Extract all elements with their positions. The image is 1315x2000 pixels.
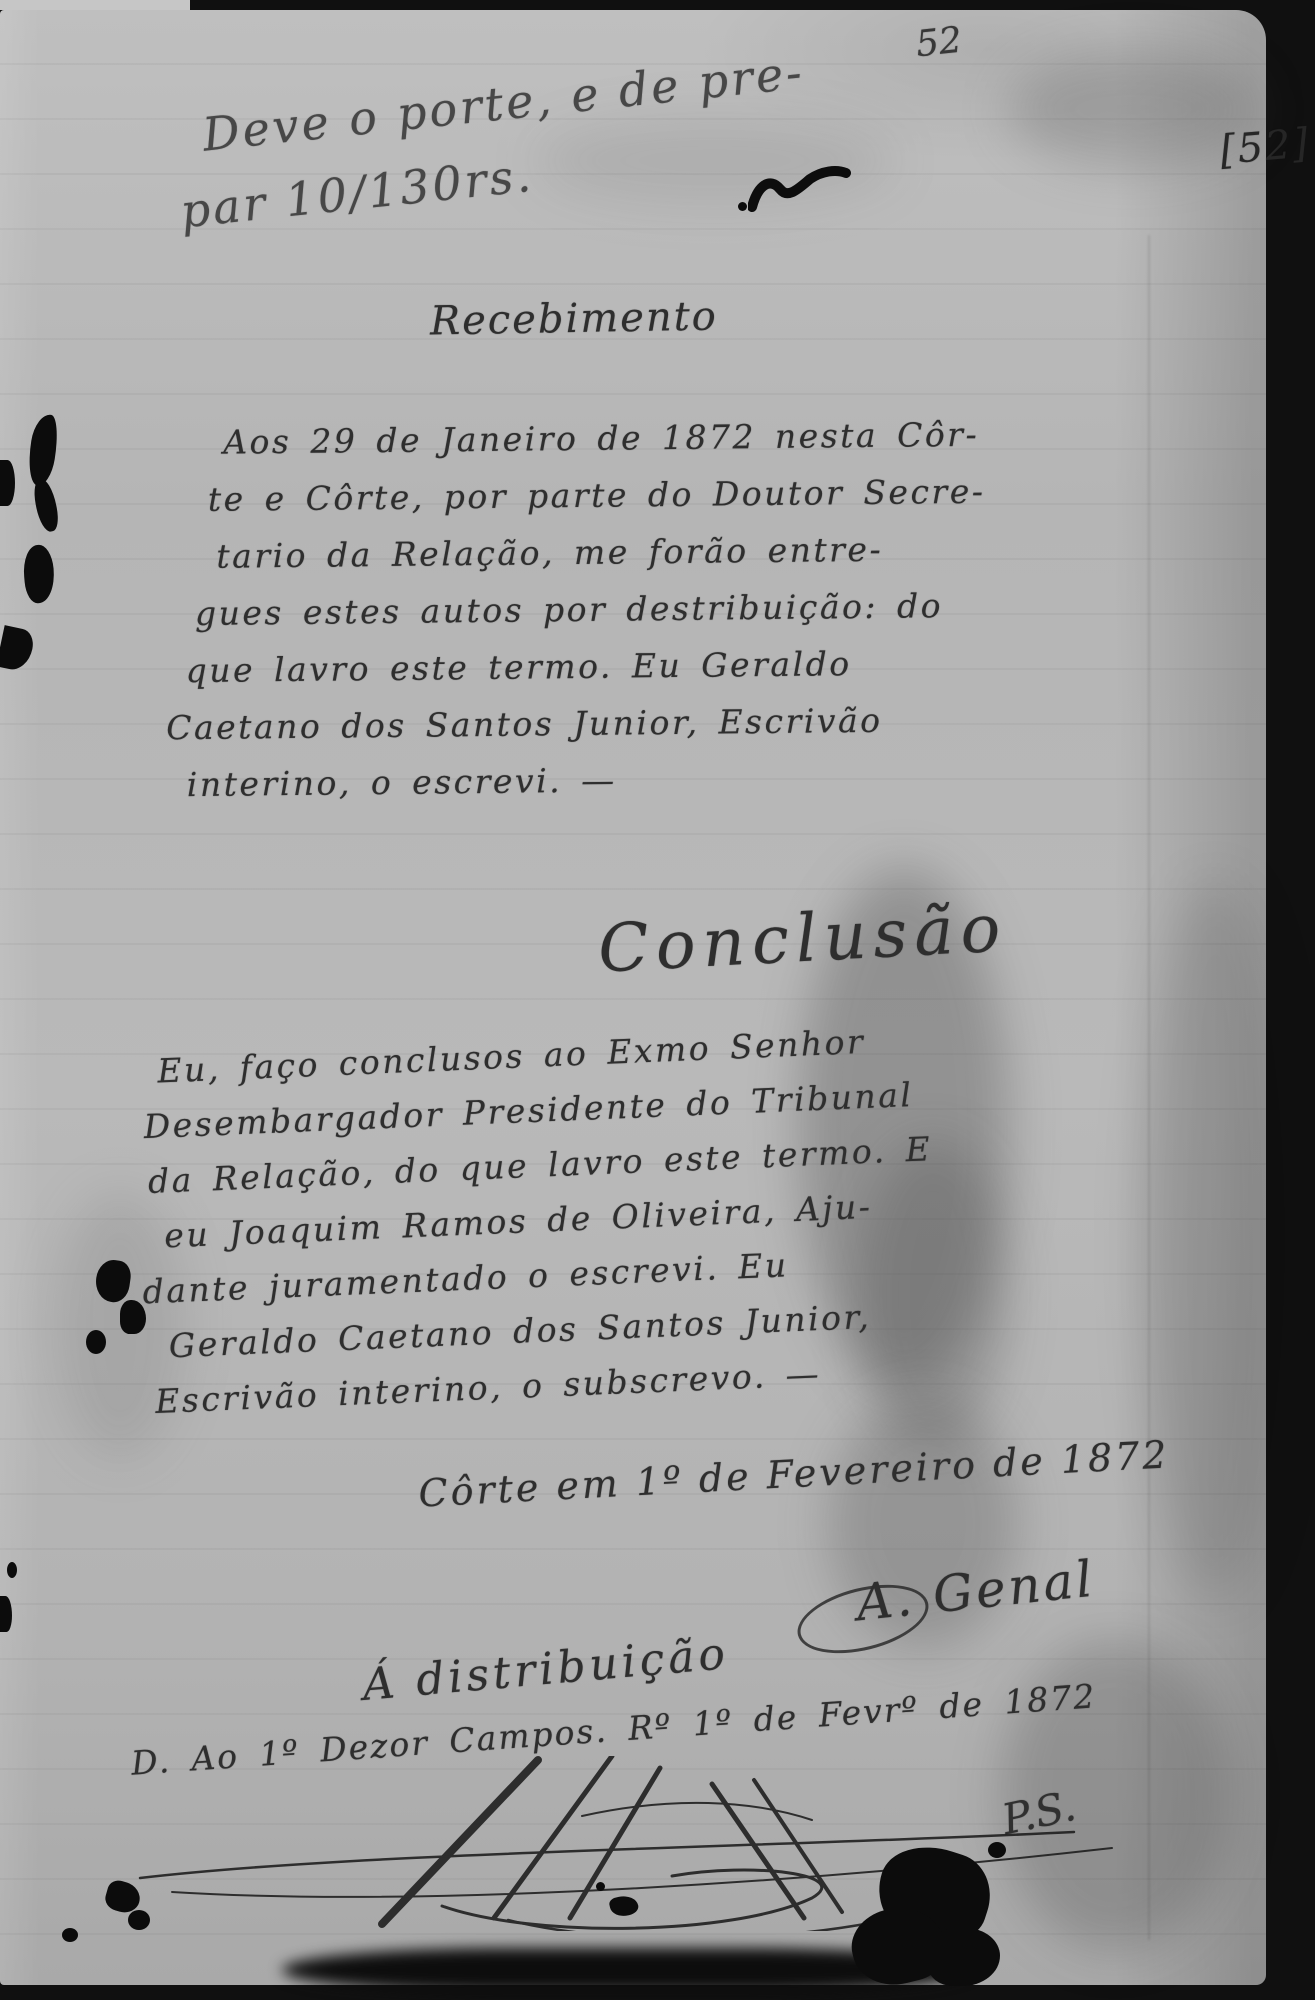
paper-crease	[1148, 235, 1150, 1940]
ink-blot	[62, 1928, 78, 1942]
manuscript-line: interino, o escrevi. —	[187, 748, 989, 813]
ink-blot	[0, 1596, 12, 1632]
ink-blot	[120, 1300, 146, 1334]
ink-blot	[0, 460, 15, 506]
ink-check-mark	[748, 163, 852, 221]
ink-blot	[86, 1330, 106, 1354]
water-stain	[1140, 880, 1290, 1600]
scan-edge-light	[0, 0, 190, 10]
scanned-manuscript-page: Deve o porte, e de pre- par 10/130rs. 52…	[0, 0, 1315, 2000]
ink-blot	[128, 1910, 150, 1930]
ink-blot	[7, 1562, 17, 1578]
term-heading-recebimento: Recebimento	[430, 293, 719, 344]
manuscript-line: que lavro este termo. Eu Geraldo	[185, 634, 987, 699]
bracket-page-number: [52]	[1218, 120, 1312, 174]
manuscript-line: tario da Relação, me forão entre-	[216, 520, 986, 585]
manuscript-line: te e Côrte, por parte do Doutor Secre-	[208, 463, 986, 528]
page-number: 52	[914, 20, 964, 66]
ink-dot	[738, 202, 747, 211]
manuscript-line: Caetano dos Santos Junior, Escrivão	[166, 691, 988, 757]
manuscript-paragraph-conclusao: Eu, faço conclusos ao Exmo Senhor Desemb…	[122, 1011, 942, 1429]
manuscript-line: Aos 29 de Janeiro de 1872 nesta Côr-	[223, 406, 985, 471]
ink-blot	[988, 1842, 1006, 1858]
ink-blot	[596, 1882, 605, 1891]
manuscript-line: gues estes autos por destribuição: do	[195, 577, 987, 642]
manuscript-paragraph-recebimento: Aos 29 de Janeiro de 1872 nesta Côr- te …	[163, 406, 989, 814]
